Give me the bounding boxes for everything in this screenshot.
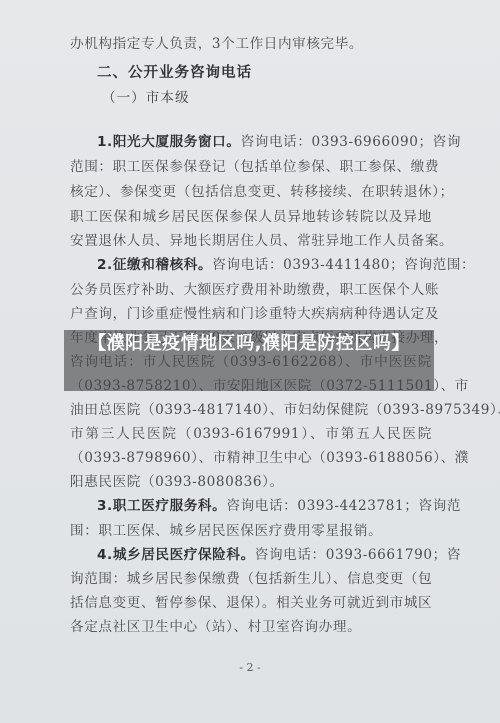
intro-line: 办机构指定专人负责，3个工作日内审核完毕。 [70,35,432,53]
item-2-line: 阳惠民医院（0393-8080836）。 [70,473,432,491]
item-2-line: 户查询，门诊重症慢性病和门诊重特大疾病病种待遇认定及 [70,305,432,323]
item-1-title: 1.阳光大厦服务窗口。 [97,134,241,150]
item-3-phone: 咨询电话：0393-4423781；咨询范 [226,498,461,514]
item-2-first-line: 2.征缴和稽核科。咨询电话：0393-4411480；咨询范围： [97,256,432,274]
item-4-phone: 咨询电话：0393-6661790；咨 [255,547,461,563]
item-4-line: 括信息变更、暂停参保、退保）。相关业务可就近到市城区 [70,594,432,612]
item-2-line: （0393-8798960）、市精神卫生中心（0393-6188056）、濮 [70,449,432,467]
item-4-title: 4.城乡居民医疗保险科。 [97,547,255,563]
overlay-title: 【濮阳是疫情地区吗,濮阳是防控区吗】 [64,333,434,355]
item-1-line: 职工医保和城乡居民医保参保人员异地转诊转院以及异地 [70,208,432,226]
item-1-line: 核定）、参保变更（包括信息变更、转移接续、在职转退休）； [70,183,432,201]
item-3-line: 围：职工医保、城乡居民医保医疗费用零星报销。 [70,522,432,540]
item-1-first-line: 1.阳光大厦服务窗口。咨询电话：0393-6966090；咨询 [97,133,432,151]
item-1-phone: 咨询电话：0393-6966090；咨询 [241,134,461,150]
item-3-first-line: 3.职工医疗服务科。咨询电话：0393-4423781；咨询范 [97,497,432,515]
item-4-line: 询范围：城乡居民参保缴费（包括新生儿）、信息变更（包 [70,570,432,588]
item-2-title: 2.征缴和稽核科。 [97,257,212,273]
item-1-line: 安置退休人员、异地长期居住人员、常驻异地工作人员备案。 [70,232,432,250]
item-4-line: 各定点社区卫生中心（站）、村卫室咨询办理。 [70,618,432,636]
item-1-line: 范围：职工医保参保登记（包括单位参保、职工参保、缴费 [70,158,432,176]
subsection-heading: （一）市本级 [102,86,190,106]
item-2-line: 公务员医疗补助、大额医疗费用补助缴费，职工医保个人账 [70,281,432,299]
section-heading: 二、公开业务咨询电话 [97,61,252,82]
item-3-title: 3.职工医疗服务科。 [97,498,226,514]
item-2-phone: 咨询电话：0393-4411480；咨询范围： [212,257,475,273]
item-2-line: 市第三人民医院（0393-6167991）、市第五人民医院 [70,425,432,443]
item-2-line: 油田总医院（0393-4817140）、市妇幼保健院（0393-8975349）… [70,401,432,419]
item-4-first-line: 4.城乡居民医疗保险科。咨询电话：0393-6661790；咨 [97,546,432,564]
page-number: - 2 - [0,661,500,674]
